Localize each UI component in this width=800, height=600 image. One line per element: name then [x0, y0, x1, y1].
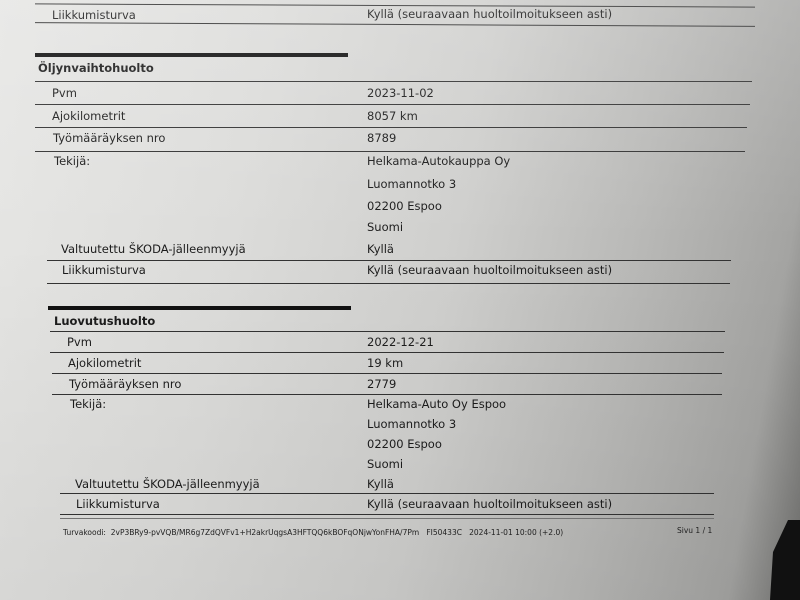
divider — [50, 331, 725, 332]
service-record-page: Liikkumisturva Kyllä (seuraavaan huoltoi… — [0, 0, 800, 600]
mobility-label: Liikkumisturva — [62, 263, 146, 277]
pvm-label: Pvm — [52, 86, 77, 100]
dealer-label: Valtuutettu ŠKODA-jälleenmyyjä — [75, 477, 260, 491]
section-bar — [48, 306, 351, 310]
pvm-value: 2022-12-21 — [367, 335, 434, 349]
pvm-label: Pvm — [67, 335, 92, 349]
maker-country: Suomi — [367, 457, 403, 471]
maker-name: Helkama-Autokauppa Oy — [367, 154, 510, 168]
section-bar — [35, 53, 348, 57]
divider — [50, 352, 724, 353]
divider — [47, 260, 731, 261]
order-value: 8789 — [367, 131, 396, 145]
order-value: 2779 — [367, 377, 396, 391]
order-label: Työmääräyksen nro — [69, 377, 181, 391]
divider — [60, 518, 714, 519]
maker-country: Suomi — [367, 220, 403, 234]
divider — [52, 373, 722, 374]
divider — [35, 81, 752, 82]
security-code-line: Turvakoodi: 2vP3BRy9-pvVQB/MR6g7ZdQVFv1+… — [63, 528, 563, 537]
maker-city: 02200 Espoo — [367, 437, 442, 451]
divider — [35, 127, 747, 128]
section-title-oil-change: Öljynvaihtohuolto — [38, 61, 154, 75]
pvm-value: 2023-11-02 — [367, 86, 434, 100]
maker-city: 02200 Espoo — [367, 199, 442, 213]
top-mobility-label: Liikkumisturva — [52, 8, 136, 22]
km-value: 8057 km — [367, 109, 418, 123]
divider — [60, 514, 714, 515]
divider — [52, 394, 722, 395]
divider — [35, 22, 755, 27]
km-label: Ajokilometrit — [52, 109, 125, 123]
maker-street: Luomannotko 3 — [367, 177, 456, 191]
divider — [35, 104, 750, 105]
document-id: FI50433C — [426, 528, 462, 537]
print-timestamp: 2024-11-01 10:00 (+2.0) — [469, 528, 563, 537]
mobility-label: Liikkumisturva — [76, 497, 160, 511]
maker-street: Luomannotko 3 — [367, 417, 456, 431]
security-code-value: 2vP3BRy9-pvVQB/MR6g7ZdQVFv1+H2akrUqgsA3H… — [111, 528, 419, 537]
security-code-label: Turvakoodi: — [63, 528, 106, 537]
section-title-delivery: Luovutushuolto — [54, 314, 155, 328]
maker-label: Tekijä: — [54, 154, 90, 168]
mobility-value: Kyllä (seuraavaan huoltoilmoitukseen ast… — [367, 497, 612, 511]
maker-name: Helkama-Auto Oy Espoo — [367, 397, 506, 411]
top-mobility-value: Kyllä (seuraavaan huoltoilmoitukseen ast… — [367, 7, 612, 21]
divider — [47, 283, 730, 284]
mobility-value: Kyllä (seuraavaan huoltoilmoitukseen ast… — [367, 263, 612, 277]
dealer-label: Valtuutettu ŠKODA-jälleenmyyjä — [61, 242, 246, 256]
order-label: Työmääräyksen nro — [53, 131, 165, 145]
km-label: Ajokilometrit — [68, 356, 141, 370]
km-value: 19 km — [367, 356, 403, 370]
page-number: Sivu 1 / 1 — [677, 526, 712, 535]
dealer-value: Kyllä — [367, 477, 394, 491]
maker-label: Tekijä: — [70, 397, 106, 411]
divider — [60, 493, 714, 494]
dealer-value: Kyllä — [367, 242, 394, 256]
divider — [35, 151, 745, 152]
